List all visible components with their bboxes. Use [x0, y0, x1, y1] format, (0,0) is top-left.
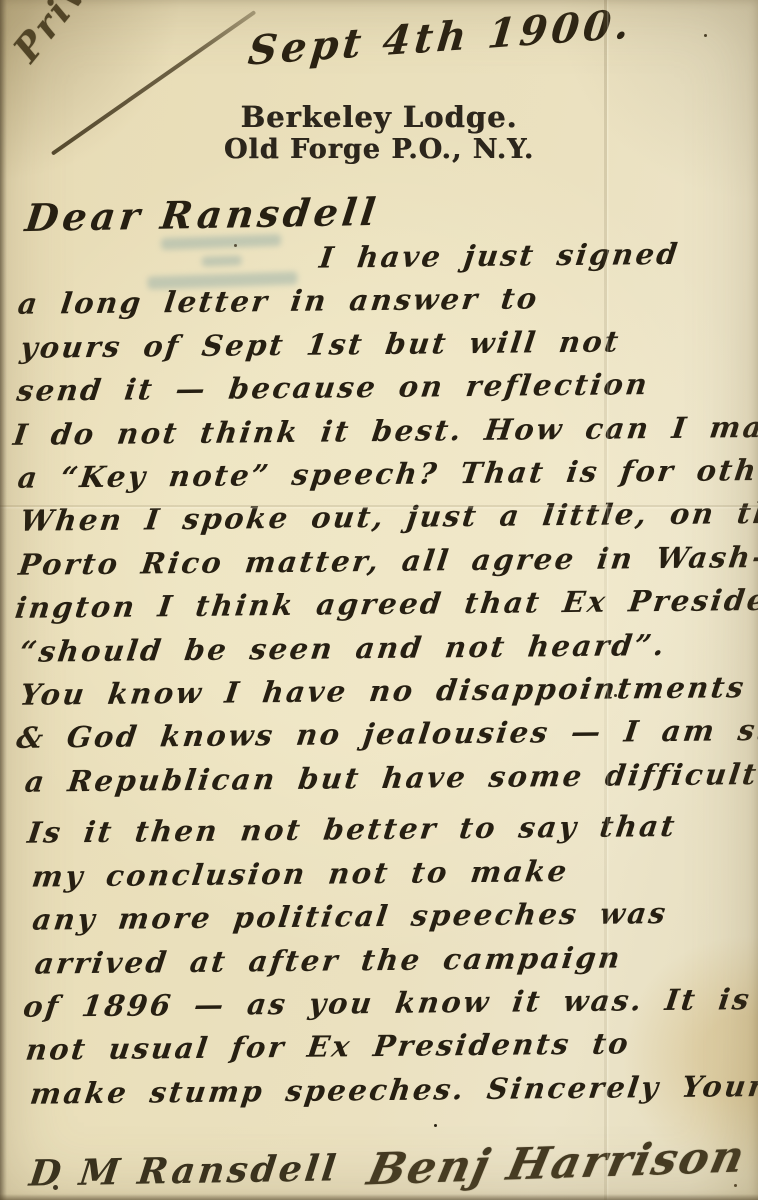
- handwriting-line: Is it then not better to say that: [25, 804, 755, 855]
- date-line: Sept 4th 1900.: [246, 0, 635, 74]
- handwriting-line: not usual for Ex Presidents to: [23, 1021, 757, 1072]
- handwriting-line: & God knows no jealousies — I am still: [14, 710, 754, 761]
- handwriting-line: I have just signed: [317, 232, 749, 280]
- scan-edge-left: [0, 0, 7, 1200]
- scanned-letter-page: Private Sept 4th 1900. Berkeley Lodge. O…: [0, 0, 758, 1200]
- recipient-name: D M Ransdell: [27, 1147, 341, 1194]
- handwriting-line: a long letter in answer to: [15, 276, 749, 327]
- ink-specks: [434, 1124, 437, 1127]
- salutation: Dear Ransdell: [23, 189, 382, 240]
- handwriting-line: I do not think it best. How can I make: [11, 406, 751, 457]
- handwriting-line: send it — because on reflection: [14, 362, 750, 413]
- handwriting-line: When I spoke out, just a little, on the: [18, 493, 752, 544]
- handwriting-line: ington I think agreed that Ex Presidents: [12, 579, 752, 630]
- handwriting-line: “should be seen and not heard”.: [17, 623, 753, 674]
- signature-benj-harrison: Benj Harrison: [363, 1131, 751, 1195]
- handwriting-line: arrived at after the campaign: [32, 935, 756, 986]
- handwriting-line: any more political speeches was: [30, 891, 756, 942]
- letterhead-address: Old Forge P.O., N.Y.: [0, 134, 758, 165]
- private-annotation: Private: [5, 0, 176, 70]
- letter-body: I have just signed a long letter in answ…: [7, 232, 754, 1116]
- letterhead: Berkeley Lodge. Old Forge P.O., N.Y.: [0, 100, 758, 165]
- letterhead-lodge-name: Berkeley Lodge.: [0, 100, 758, 134]
- handwriting-line: my conclusion not to make: [29, 848, 755, 899]
- handwriting-line: make stump speeches. Sincerely Yours: [28, 1065, 758, 1116]
- handwriting-line: a Republican but have some difficulties.: [22, 753, 754, 804]
